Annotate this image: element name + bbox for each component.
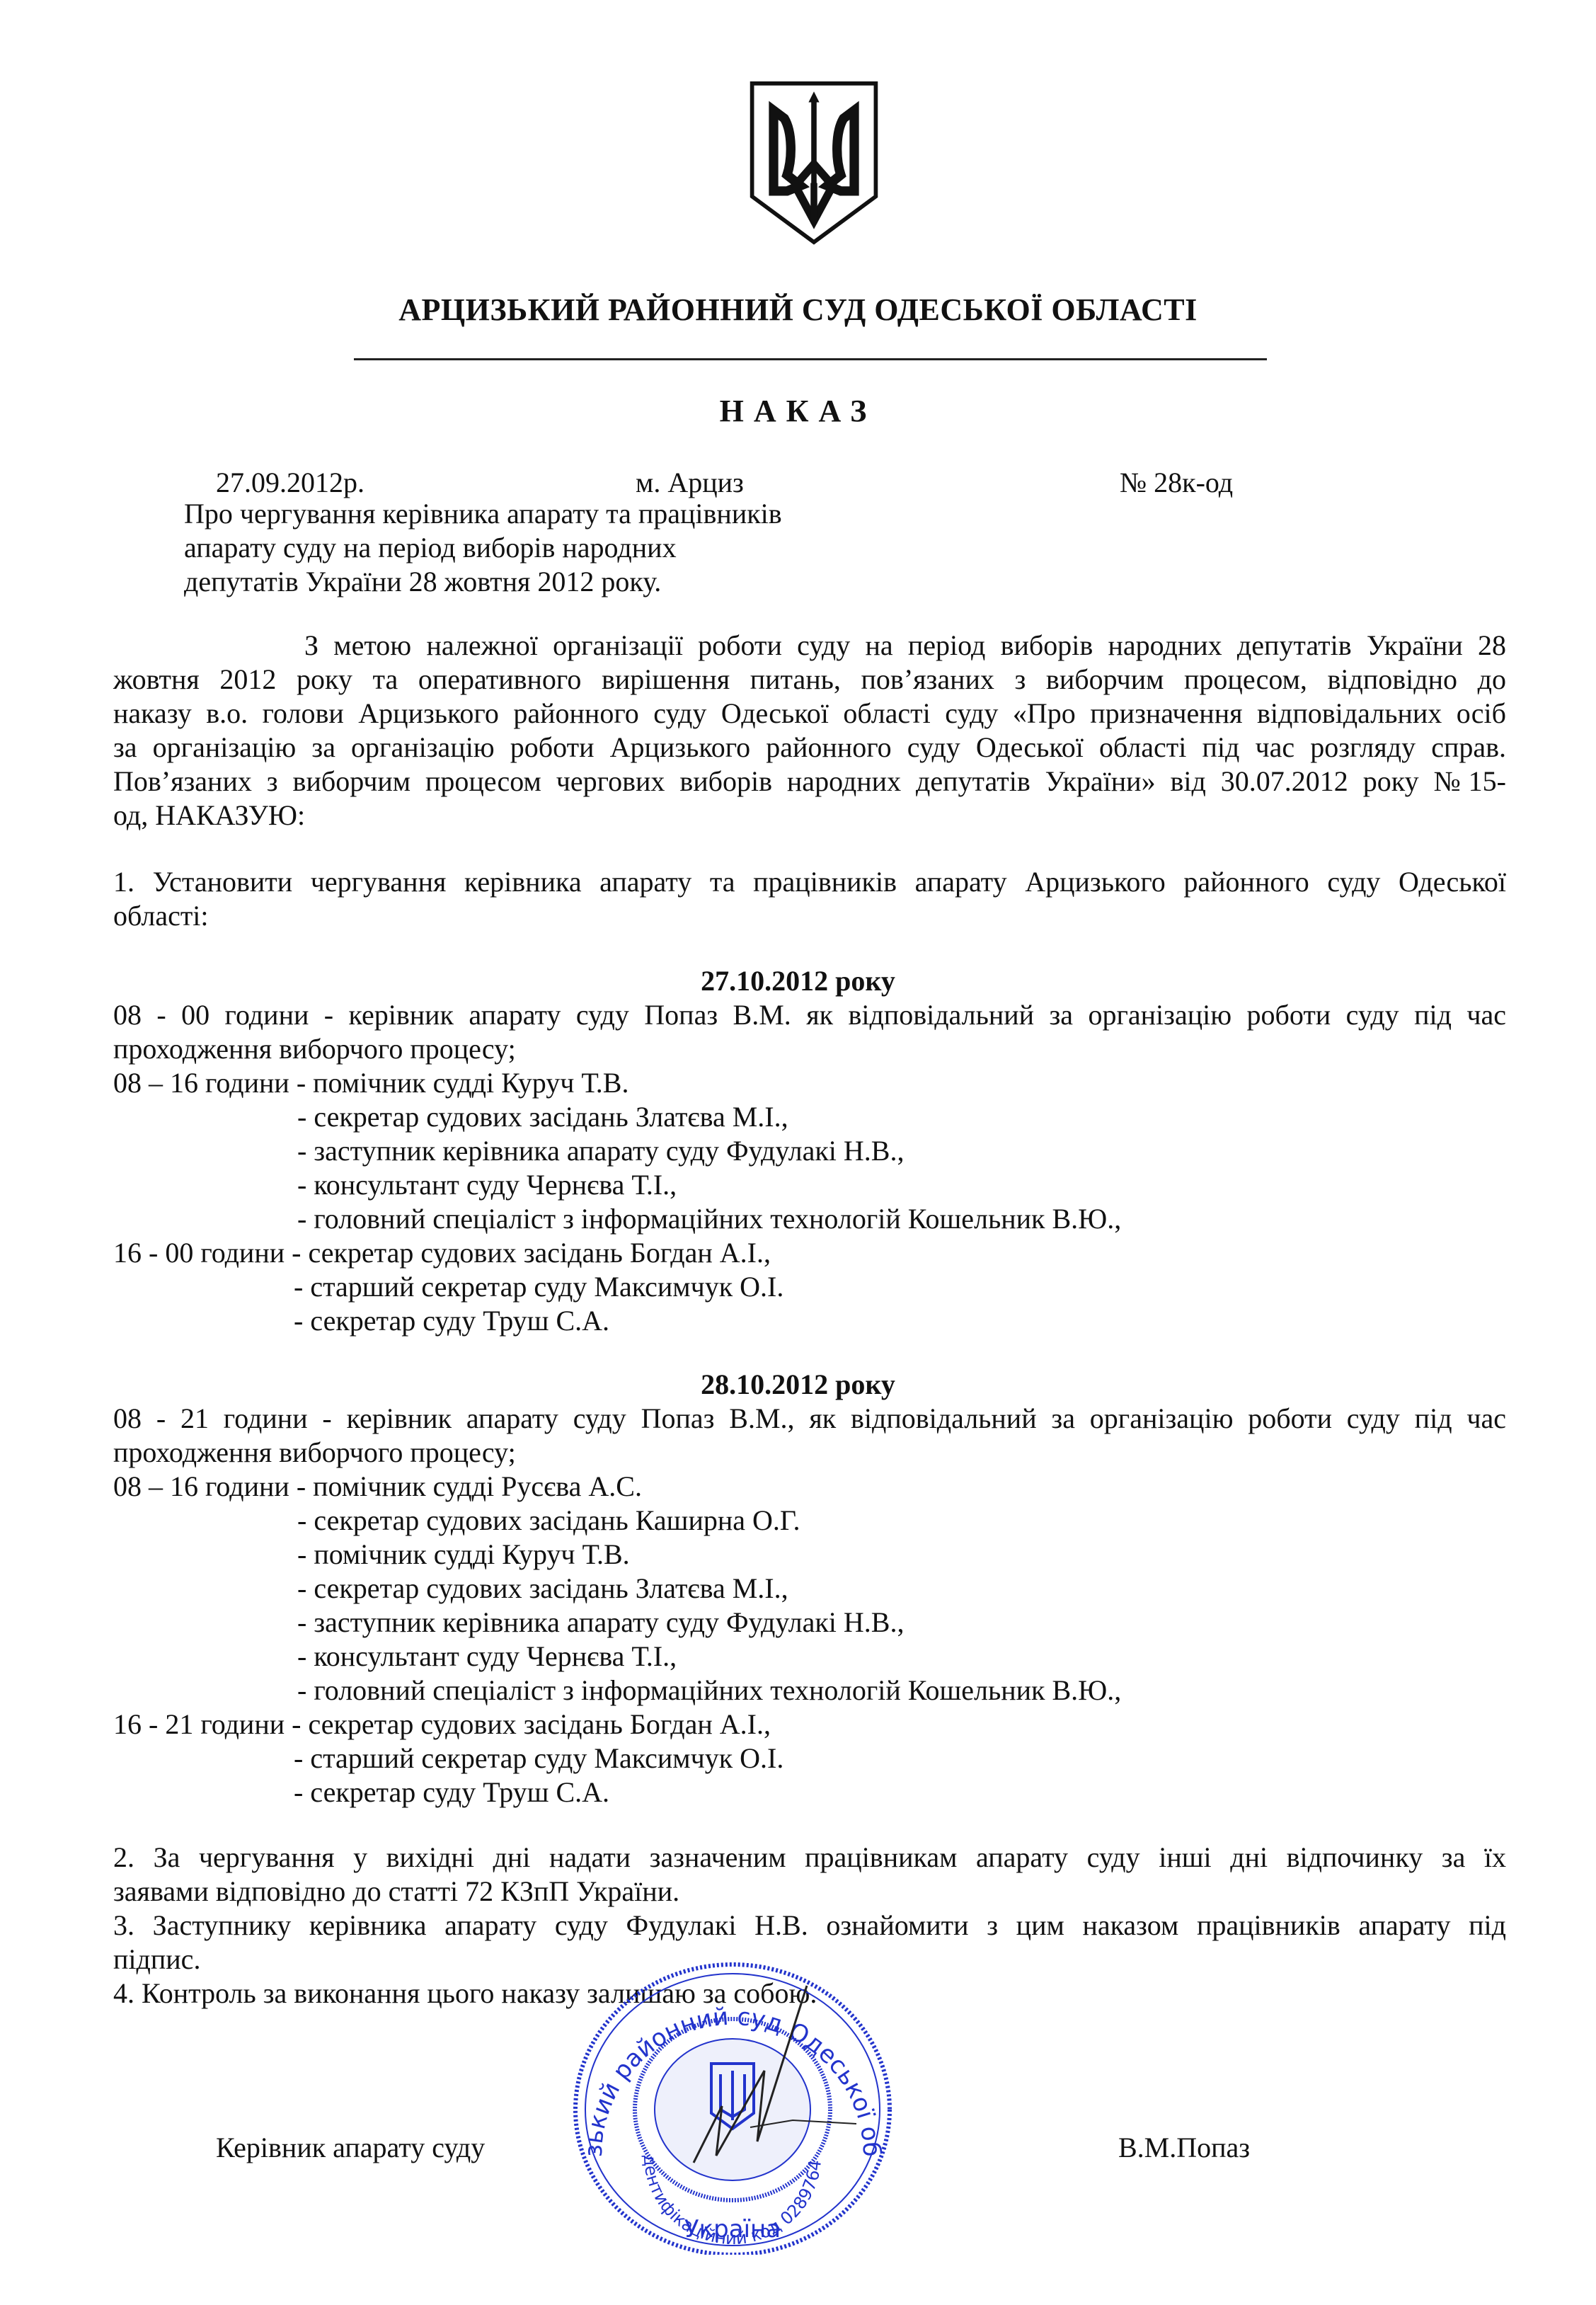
duty-line: - заступник керівника апарату суду Фудул…	[297, 1134, 904, 1168]
court-seal-stamp: Арцизький районний суд Одеської області …	[552, 1943, 913, 2255]
preamble-line: од, НАКАЗУЮ:	[113, 799, 1506, 833]
duty-line: 08 - 00 години - керівник апарату суду П…	[113, 998, 1506, 1032]
order-number: № 28к-од	[1120, 466, 1233, 500]
duty-line: - головний спеціаліст з інформаційних те…	[297, 1202, 1121, 1236]
duty-line: проходження виборчого процесу;	[113, 1032, 1506, 1066]
preamble: З метою належної організації роботи суду…	[113, 629, 1506, 833]
document-page: АРЦИЗЬКИЙ РАЙОННИЙ СУД ОДЕСЬКОЇ ОБЛАСТІ …	[0, 0, 1596, 2305]
item-2-line: 2. За чергування у вихідні дні надати за…	[113, 1841, 1506, 1875]
duty-line: - помічник судді Куруч Т.В.	[297, 1538, 630, 1572]
court-name: АРЦИЗЬКИЙ РАЙОННИЙ СУД ОДЕСЬКОЇ ОБЛАСТІ	[0, 292, 1596, 328]
subject-line: Про чергування керівника апарату та прац…	[184, 497, 892, 531]
day2-lead: 08 - 21 години - керівник апарату суду П…	[113, 1402, 1506, 1470]
duty-line: - старший секретар суду Максимчук О.І.	[294, 1270, 783, 1304]
item-1-line: 1. Установити чергування керівника апара…	[113, 865, 1506, 899]
header-divider	[354, 358, 1267, 360]
item-1: 1. Установити чергування керівника апара…	[113, 865, 1506, 933]
stamp-bottom-text: Україна	[684, 2215, 781, 2243]
duty-line: 08 – 16 години - помічник судді Куруч Т.…	[113, 1066, 628, 1100]
duty-line: 16 - 00 години - секретар судових засіда…	[113, 1236, 771, 1270]
duty-line: - консультант суду Чернєва Т.І.,	[297, 1168, 677, 1202]
duty-line: 08 - 21 години - керівник апарату суду П…	[113, 1402, 1506, 1436]
preamble-line: З метою належної організації роботи суду…	[113, 629, 1506, 663]
duty-line: 16 - 21 години - секретар судових засіда…	[113, 1708, 771, 1741]
preamble-line: за організацію за організацію роботи Арц…	[113, 731, 1506, 765]
subject-line: депутатів України 28 жовтня 2012 року.	[184, 565, 892, 599]
duty-line: - секретар судових засідань Златєва М.І.…	[297, 1100, 788, 1134]
duty-line: проходження виборчого процесу;	[113, 1436, 1506, 1470]
signatory-name: В.М.Попаз	[1118, 2131, 1250, 2165]
order-title: НАКАЗ	[0, 393, 1596, 429]
duty-line: - консультант суду Чернєва Т.І.,	[297, 1640, 677, 1674]
duty-line: 08 – 16 години - помічник судді Русєва А…	[113, 1470, 642, 1504]
duty-line: - заступник керівника апарату суду Фудул…	[297, 1606, 904, 1640]
duty-line: - старший секретар суду Максимчук О.І.	[294, 1741, 783, 1775]
signatory-role: Керівник апарату суду	[216, 2131, 485, 2165]
day2-date: 28.10.2012 року	[0, 1368, 1596, 1401]
duty-line: - головний спеціаліст з інформаційних те…	[297, 1674, 1121, 1708]
preamble-line: наказу в.о. голови Арцизького районного …	[113, 697, 1506, 731]
order-subject: Про чергування керівника апарату та прац…	[184, 497, 892, 599]
subject-line: апарату суду на період виборів народних	[184, 531, 892, 565]
item-2: 2. За чергування у вихідні дні надати за…	[113, 1841, 1506, 1909]
day1-lead: 08 - 00 години - керівник апарату суду П…	[113, 998, 1506, 1066]
order-city: м. Арциз	[636, 466, 744, 500]
duty-line: - секретар судових засідань Златєва М.І.…	[297, 1572, 788, 1606]
order-date: 27.09.2012р.	[216, 466, 364, 500]
ukraine-coat-of-arms-icon	[747, 78, 881, 248]
preamble-line: Пов’язаних з виборчим процесом чергових …	[113, 765, 1506, 799]
day1-date: 27.10.2012 року	[0, 964, 1596, 997]
duty-line: - секретар суду Труш С.А.	[294, 1775, 609, 1809]
preamble-line: жовтня 2012 року та оперативного вирішен…	[113, 663, 1506, 697]
duty-line: - секретар суду Труш С.А.	[294, 1304, 609, 1338]
item-1-line: області:	[113, 899, 1506, 933]
item-3-line: 3. Заступнику керівника апарату суду Фуд…	[113, 1909, 1506, 1943]
duty-line: - секретар судових засідань Каширна О.Г.	[297, 1504, 800, 1538]
item-2-line: заявами відповідно до статті 72 КЗпП Укр…	[113, 1875, 1506, 1909]
